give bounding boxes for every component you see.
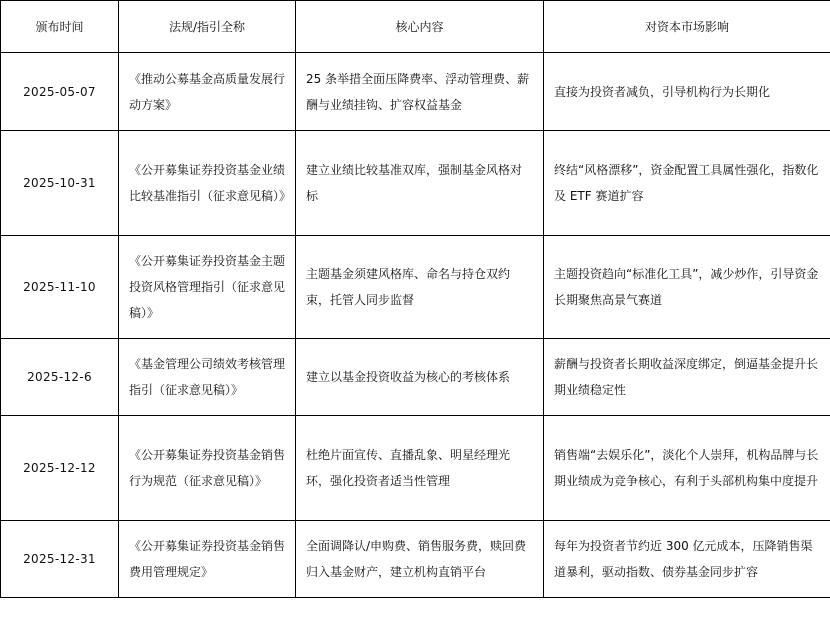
policy-table: 颁布时间 法规/指引全称 核心内容 对资本市场影响 2025-05-07 《推动… xyxy=(0,0,830,598)
header-regulation-name: 法规/指引全称 xyxy=(119,1,296,53)
release-date: 2025-12-6 xyxy=(1,339,119,416)
table-row: 2025-12-31 《公开募集证券投资基金销售费用管理规定》 全面调降认/申购… xyxy=(1,521,830,598)
market-impact: 薪酬与投资者长期收益深度绑定，倒逼基金提升长期业绩稳定性 xyxy=(544,339,830,416)
header-release-date: 颁布时间 xyxy=(1,1,119,53)
table-row: 2025-12-6 《基金管理公司绩效考核管理指引（征求意见稿）》 建立以基金投… xyxy=(1,339,830,416)
regulation-name: 《公开募集证券投资基金业绩比较基准指引（征求意见稿）》 xyxy=(119,131,296,236)
market-impact: 主题投资趋向“标准化工具”，减少炒作，引导资金长期聚焦高景气赛道 xyxy=(544,236,830,339)
core-content: 全面调降认/申购费、销售服务费，赎回费归入基金财产，建立机构直销平台 xyxy=(296,521,544,598)
regulation-name: 《基金管理公司绩效考核管理指引（征求意见稿）》 xyxy=(119,339,296,416)
market-impact: 终结“风格漂移”，资金配置工具属性强化，指数化及 ETF 赛道扩容 xyxy=(544,131,830,236)
release-date: 2025-12-31 xyxy=(1,521,119,598)
header-core-content: 核心内容 xyxy=(296,1,544,53)
release-date: 2025-12-12 xyxy=(1,416,119,521)
core-content: 建立以基金投资收益为核心的考核体系 xyxy=(296,339,544,416)
core-content: 主题基金须建风格库、命名与持仓双约束，托管人同步监督 xyxy=(296,236,544,339)
release-date: 2025-11-10 xyxy=(1,236,119,339)
header-market-impact: 对资本市场影响 xyxy=(544,1,830,53)
regulation-name: 《公开募集证券投资基金主题投资风格管理指引（征求意见稿）》 xyxy=(119,236,296,339)
release-date: 2025-10-31 xyxy=(1,131,119,236)
core-content: 杜绝片面宣传、直播乱象、明星经理光环，强化投资者适当性管理 xyxy=(296,416,544,521)
table-row: 2025-11-10 《公开募集证券投资基金主题投资风格管理指引（征求意见稿）》… xyxy=(1,236,830,339)
table-row: 2025-05-07 《推动公募基金高质量发展行动方案》 25 条举措全面压降费… xyxy=(1,53,830,131)
core-content: 25 条举措全面压降费率、浮动管理费、薪酬与业绩挂钩、扩容权益基金 xyxy=(296,53,544,131)
regulation-name: 《公开募集证券投资基金销售行为规范（征求意见稿）》 xyxy=(119,416,296,521)
market-impact: 直接为投资者减负，引导机构行为长期化 xyxy=(544,53,830,131)
core-content: 建立业绩比较基准双库，强制基金风格对标 xyxy=(296,131,544,236)
table-row: 2025-12-12 《公开募集证券投资基金销售行为规范（征求意见稿）》 杜绝片… xyxy=(1,416,830,521)
table-row: 2025-10-31 《公开募集证券投资基金业绩比较基准指引（征求意见稿）》 建… xyxy=(1,131,830,236)
market-impact: 销售端“去娱乐化”，淡化个人崇拜，机构品牌与长期业绩成为竞争核心，有利于头部机构… xyxy=(544,416,830,521)
table-header-row: 颁布时间 法规/指引全称 核心内容 对资本市场影响 xyxy=(1,1,830,53)
market-impact: 每年为投资者节约近 300 亿元成本，压降销售渠道暴利，驱动指数、债券基金同步扩… xyxy=(544,521,830,598)
regulation-name: 《公开募集证券投资基金销售费用管理规定》 xyxy=(119,521,296,598)
release-date: 2025-05-07 xyxy=(1,53,119,131)
regulation-name: 《推动公募基金高质量发展行动方案》 xyxy=(119,53,296,131)
